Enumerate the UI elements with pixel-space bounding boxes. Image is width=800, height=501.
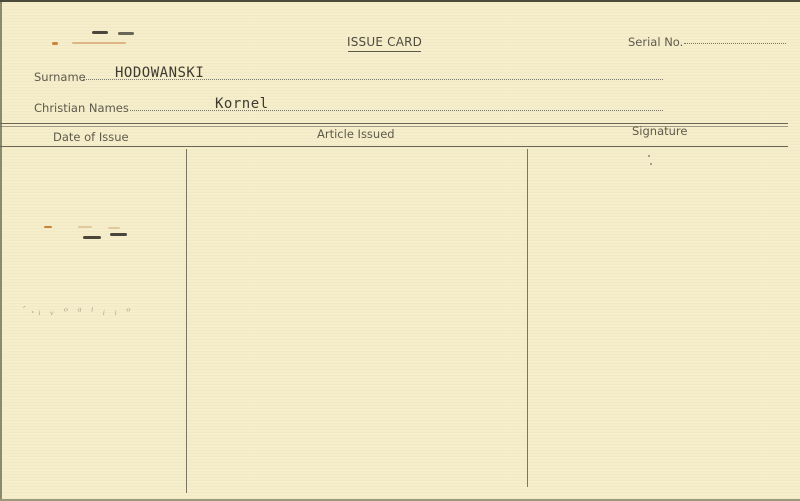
- surname-value: HODOWANSKI: [115, 65, 204, 81]
- column-header-signature: Signature: [632, 124, 687, 138]
- christian-names-value: Kornel: [215, 96, 269, 112]
- stain-mark: [52, 42, 58, 45]
- christian-names-field: [130, 110, 663, 111]
- pencil-annotation: ˊ ۰ ᵢ ᵥ ᵒ ᵃ ⁱ ᵢ ᵢ ᵒ: [20, 305, 133, 318]
- issue-card: ISSUE CARD Serial No. Surname HODOWANSKI…: [0, 0, 800, 501]
- ink-mark: [92, 31, 108, 34]
- stain-mark: [44, 226, 52, 228]
- column-divider-1: [186, 149, 187, 493]
- title-underline: [348, 51, 421, 53]
- stain-mark: [72, 42, 126, 44]
- serial-label: Serial No.: [628, 35, 683, 49]
- header-rule-bottom: [0, 146, 788, 147]
- christian-names-label: Christian Names: [34, 101, 129, 115]
- ink-mark: [118, 32, 134, 35]
- speck: [650, 163, 652, 165]
- stain-mark: [108, 227, 120, 229]
- serial-field: [684, 43, 786, 44]
- surname-label: Surname: [34, 70, 86, 84]
- card-title: ISSUE CARD: [347, 35, 422, 49]
- column-divider-2: [527, 149, 528, 487]
- column-header-date: Date of Issue: [53, 130, 129, 144]
- column-header-article: Article Issued: [317, 127, 395, 141]
- ink-mark: [83, 236, 101, 239]
- ink-mark: [110, 233, 127, 236]
- speck: [648, 155, 650, 157]
- stain-mark: [78, 226, 92, 228]
